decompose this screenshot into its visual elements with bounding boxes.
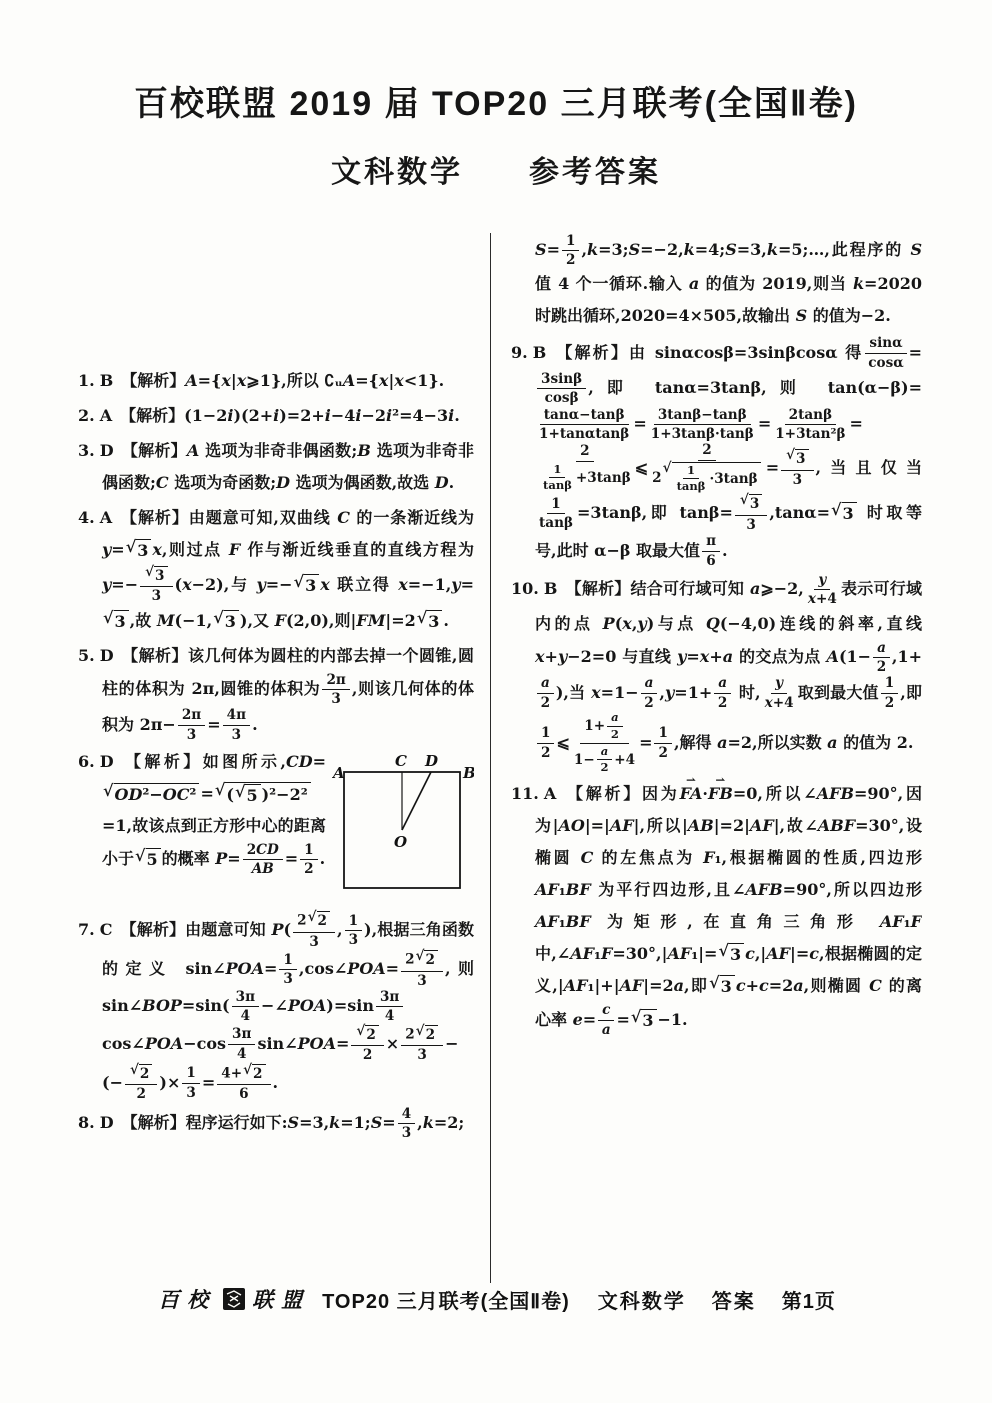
fraction: 2π3 [322,672,349,708]
item-answer-choice: B [544,579,558,598]
item-solution: 【解析】程序运行如下:S=3,k=1;S=43,k=2; [122,1113,465,1132]
vector: FB [708,778,733,810]
fraction: √33 [735,494,767,533]
fraction: 13 [279,952,296,988]
item-number: 10. [511,579,539,598]
item-answer-choice: A [100,406,112,425]
sqrt-radical: √2 [416,1025,438,1045]
subtitle-subject: 文科数学 [331,155,463,191]
sqrt-radical: √2 [308,911,330,931]
fraction: 12 [654,725,671,761]
fraction: a2 [597,745,612,776]
scanned-answer-sheet: 百校联盟 2019 届 TOP20 三月联考(全国Ⅱ卷) 文科数学 参考答案 1… [0,0,992,1403]
sqrt-radical: √3 [786,449,808,469]
answers-columns: 1.B【解析】A={x|x⩾1},所以 ∁ᵤA={x|x<1}.2.A【解析】(… [78,233,922,1283]
league-logo-text-left: 百校 [158,1284,216,1314]
fraction: √33 [781,449,813,488]
item-solution: 【解析】该几何体为圆柱的内部去掉一个圆锥,圆柱的体积为 2π,圆锥的体积为2π3… [102,646,474,734]
footer-page-number: 第1页 [782,1285,836,1314]
item-number: 1. [78,371,95,390]
fraction: 4π3 [223,707,250,743]
footer-exam-name: TOP20 三月联考(全国Ⅱ卷) [322,1285,570,1314]
fraction: 13 [182,1065,199,1101]
fraction: 22√1tanβ·3tanβ [650,442,764,494]
fraction: 3π4 [376,989,403,1025]
square-probability-figure: A B C D O [332,752,474,908]
fraction: 3sinβcosβ [537,371,586,407]
fraction: √22 [125,1064,157,1103]
item-number: 5. [78,646,95,665]
fraction: 3π4 [232,989,259,1025]
fraction: 3tanβ−tanβ1+3tanβ·tanβ [649,407,756,443]
item-solution: 【解析】如图所示,CD=√OD²−OC²=√(√5)²−2²=1,故该点到正方形… [102,752,326,868]
sqrt-radical: √3 [126,539,152,562]
fraction: 3π4 [228,1026,255,1062]
item-with-figure-row: 6.D【解析】如图所示,CD=√OD²−OC²=√(√5)²−2²=1,故该点到… [78,746,474,908]
league-seal-icon [222,1287,246,1311]
item-number: 6. [78,752,95,771]
fraction: 1tanβ [541,463,574,494]
fraction: 1tanβ [537,496,575,532]
segment-do [402,772,431,830]
item-answer-choice: D [100,752,114,771]
fraction: ca [598,1002,614,1038]
fraction: 1+a21−a2+4 [572,711,637,776]
fraction: tanα−tanβ1+tanαtanβ [537,407,631,443]
page-footer: 百校 联盟 TOP20 三月联考(全国Ⅱ卷) 文科数学 答案 第1页 [0,1284,992,1314]
item-number: 8. [78,1113,95,1132]
item-answer-choice: B [100,371,114,390]
fraction: a2 [607,711,622,742]
item-solution: 【解析】结合可行域可知 a⩾−2,yx+4表示可行域内的点 P(x,y)与点 Q… [535,579,922,751]
fraction: 2√23 [293,911,335,950]
fraction: 12 [300,842,317,878]
fraction: π6 [702,533,720,569]
fraction: a2 [641,675,658,711]
item-solution: 【解析】由题意可知 P(2√23,13),根据三角函数的定义 sin∠POA=1… [102,920,474,1092]
sqrt-radical: √3 [103,610,129,633]
fraction: yx+4 [763,675,796,711]
sqrt-radical: √2 [130,1064,152,1084]
item-solution: 【解析】由 sinαcosβ=3sinβcosα 得sinαcosα=3sinβ… [535,343,922,560]
item-number: 9. [511,343,528,362]
fraction: 12 [562,233,579,269]
fraction: 12 [881,675,898,711]
fraction: 2√23 [401,950,443,989]
fraction: 13 [345,913,362,949]
answer-item-1: 1.B【解析】A={x|x⩾1},所以 ∁ᵤA={x|x<1}. [78,365,474,397]
fraction: a2 [873,640,890,676]
item-solution: 【解析】因为FA·FB=0,所以∠AFB=90°,因为|AO|=|AF|,所以|… [535,784,922,1028]
sqrt-radical: √3 [294,574,320,597]
page-subtitle: 文科数学 参考答案 [0,155,992,191]
fraction: a2 [714,675,731,711]
answer-item-6: 6.D【解析】如图所示,CD=√OD²−OC²=√(√5)²−2²=1,故该点到… [78,746,474,908]
answer-item-2: 2.A【解析】(1−2i)(2+i)=2+i−4i−2i²=4−3i. [78,400,474,432]
sqrt-radical: √5 [235,784,261,807]
point-label-c: C [395,752,407,770]
answer-item-7: 7.C【解析】由题意可知 P(2√23,13),根据三角函数的定义 sin∠PO… [78,911,474,1103]
item-number: 3. [78,441,95,460]
fraction: yx+4 [806,572,839,608]
answer-item-8-continuation: S=12,k=3;S=−2,k=4;S=3,k=5;…,此程序的 S 值 4 个… [511,233,922,333]
fraction: 2tanβ1+3tan²β [773,407,847,443]
fraction: 43 [398,1106,415,1142]
fraction: √22 [351,1025,383,1064]
sqrt-radical: √OD²−OC² [103,783,199,806]
item-answer-choice: A [100,508,112,527]
sqrt-radical: √3 [831,502,857,525]
item-number: 11. [511,784,539,803]
fraction: 2π3 [178,707,205,743]
vector: FA [680,778,703,810]
sqrt-radical: √3 [417,610,443,633]
answer-item-11: 11.A【解析】因为FA·FB=0,所以∠AFB=90°,因为|AO|=|AF|… [511,778,922,1038]
item-number: 4. [78,508,95,527]
item-solution: S=12,k=3;S=−2,k=4;S=3,k=5;…,此程序的 S 值 4 个… [535,240,922,325]
footer-subject: 文科数学 [598,1285,686,1314]
sqrt-radical: √3 [145,566,167,586]
answer-item-3: 3.D【解析】A 选项为非奇非偶函数;B 选项为非奇非偶函数;C 选项为奇函数;… [78,435,474,499]
item-solution: 【解析】A={x|x⩾1},所以 ∁ᵤA={x|x<1}. [121,371,444,390]
fraction: 2CDAB [243,842,283,878]
item-solution: 【解析】(1−2i)(2+i)=2+i−4i−2i²=4−3i. [120,406,460,425]
fraction: √33 [140,566,172,605]
answer-item-9: 9.B【解析】由 sinαcosβ=3sinβcosα 得sinαcosα=3s… [511,335,922,569]
answers-left-column: 1.B【解析】A={x|x⩾1},所以 ∁ᵤA={x|x<1}.2.A【解析】(… [78,233,490,1283]
item-text: 6.D【解析】如图所示,CD=√OD²−OC²=√(√5)²−2²=1,故该点到… [78,746,326,878]
point-label-d: D [424,752,438,770]
answer-item-10: 10.B【解析】结合可行域可知 a⩾−2,yx+4表示可行域内的点 P(x,y)… [511,572,922,775]
item-solution: 【解析】由题意可知,双曲线 C 的一条渐近线为 y=√3x,则过点 F 作与渐近… [102,508,474,630]
item-answer-choice: C [100,920,113,939]
fraction: 21tanβ+3tanβ [537,443,633,493]
sqrt-radical: √2 [416,950,438,970]
footer-answers-label: 答案 [712,1285,756,1314]
answer-item-4: 4.A【解析】由题意可知,双曲线 C 的一条渐近线为 y=√3x,则过点 F 作… [78,502,474,637]
sqrt-radical: √1tanβ·3tanβ [663,462,761,495]
fraction: a2 [537,675,554,711]
answers-right-column: S=12,k=3;S=−2,k=4;S=3,k=5;…,此程序的 S 值 4 个… [490,233,922,1283]
item-number: 7. [78,920,95,939]
sqrt-radical: √3 [213,610,239,633]
fraction: sinαcosα [865,335,906,371]
sqrt-radical: √2 [356,1025,378,1045]
item-answer-choice: B [533,343,547,362]
item-answer-choice: A [544,784,556,803]
fraction: 2√23 [401,1025,443,1064]
sqrt-radical: √3 [740,494,762,514]
fraction: 4+√26 [217,1064,270,1103]
vertex-label-b: B [462,764,474,782]
page-title: 百校联盟 2019 届 TOP20 三月联考(全国Ⅱ卷) [0,0,992,125]
item-number: 2. [78,406,95,425]
sqrt-radical: √5 [135,848,161,871]
item-answer-choice: D [100,1113,114,1132]
center-label-o: O [394,833,407,851]
sqrt-radical: √3 [718,943,744,966]
league-logo-text-right: 联盟 [252,1284,310,1314]
answer-item-8: 8.D【解析】程序运行如下:S=3,k=1;S=43,k=2; [78,1106,474,1142]
answer-item-5: 5.D【解析】该几何体为圆柱的内部去掉一个圆锥,圆柱的体积为 2π,圆锥的体积为… [78,640,474,743]
subtitle-answers-label: 参考答案 [529,155,661,191]
item-answer-choice: D [100,441,114,460]
sqrt-radical: √2 [243,1064,265,1084]
item-answer-choice: D [100,646,114,665]
sqrt-radical: √(√5)²−2² [215,782,311,807]
item-solution: 【解析】A 选项为非奇非偶函数;B 选项为非奇非偶函数;C 选项为奇函数;D 选… [102,441,474,492]
sqrt-radical: √3 [631,1009,657,1032]
vertex-label-a: A [332,764,345,782]
fraction: 1tanβ [675,464,708,495]
sqrt-radical: √3 [709,975,735,998]
fraction: 12 [537,725,554,761]
